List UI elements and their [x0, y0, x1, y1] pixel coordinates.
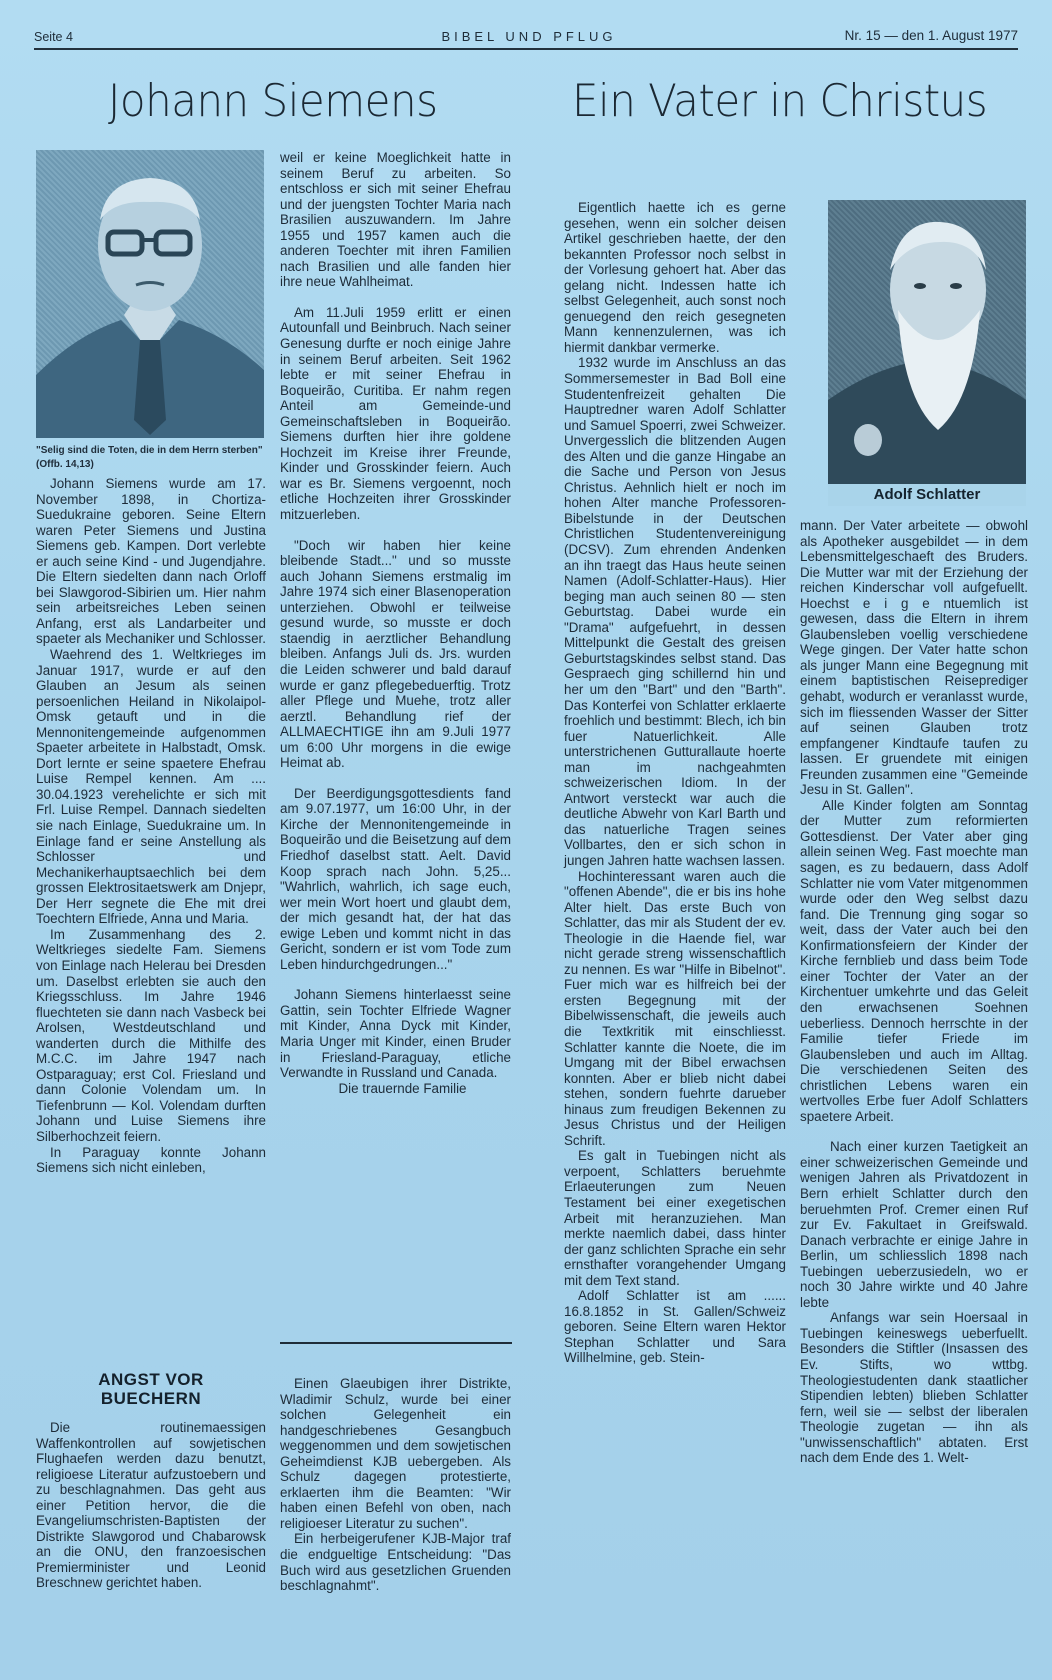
signature: Die trauernde Familie: [280, 1081, 511, 1097]
paragraph: Anfangs war sein Hoersaal in Tuebingen k…: [800, 1310, 1028, 1465]
article-vater-col3: Eigentlich haette ich es gerne gesehen, …: [564, 200, 786, 1366]
paragraph: Johann Siemens hinterlaesst seine Gattin…: [280, 987, 511, 1080]
headline-ein-vater-in-christus: Ein Vater in Christus: [572, 75, 987, 127]
photo-caption-bible-verse: "Selig sind die Toten, die in dem Herrn …: [36, 444, 268, 472]
newspaper-page: Seite 4 BIBEL UND PFLUG Nr. 15 — den 1. …: [0, 0, 1052, 1680]
article-vater-col4: mann. Der Vater arbeitete — obwohl als A…: [800, 518, 1028, 1466]
paragraph: Ein herbeigerufener KJB-Major traf die e…: [280, 1531, 511, 1593]
paragraph: Einen Glaeubigen ihrer Distrikte, Wladim…: [280, 1376, 511, 1531]
paragraph: In Paraguay konnte Johann Siemens sich n…: [36, 1145, 266, 1176]
paragraph: "Doch wir haben hier keine bleibende Sta…: [280, 538, 511, 771]
paragraph: Die routinemaessigen Waffenkontrollen au…: [36, 1420, 266, 1591]
article-johann-siemens-col2: weil er keine Moeglichkeit hatte in sein…: [280, 150, 511, 1096]
paragraph: Hochinteressant waren auch die "offenen …: [564, 869, 786, 1149]
paragraph: Johann Siemens wurde am 17. November 189…: [36, 476, 266, 647]
headline-johann-siemens: Johann Siemens: [108, 75, 437, 127]
section-separator: [280, 1342, 512, 1344]
paragraph: weil er keine Moeglichkeit hatte in sein…: [280, 150, 511, 290]
article-angst-col1: Die routinemaessigen Waffenkontrollen au…: [36, 1420, 266, 1591]
paragraph: Am 11.Juli 1959 erlitt er einen Autounfa…: [280, 305, 511, 523]
paragraph: mann. Der Vater arbeitete — obwohl als A…: [800, 518, 1028, 798]
paragraph: Waehrend des 1. Weltkrieges im Januar 19…: [36, 647, 266, 927]
paragraph: Adolf Schlatter ist am ...... 16.8.1852 …: [564, 1288, 786, 1366]
header-rule: [34, 48, 1018, 50]
article-johann-siemens-col1: Johann Siemens wurde am 17. November 189…: [36, 476, 266, 1176]
paragraph: Eigentlich haette ich es gerne gesehen, …: [564, 200, 786, 355]
paragraph: Alle Kinder folgten am Sonntag der Mutte…: [800, 798, 1028, 1124]
paragraph: Im Zusammenhang des 2. Weltkrieges siede…: [36, 927, 266, 1145]
article-angst-col2: Einen Glaeubigen ihrer Distrikte, Wladim…: [280, 1376, 511, 1594]
paragraph: Nach einer kurzen Taetigkeit an einer sc…: [800, 1139, 1028, 1310]
photo-johann-siemens: [36, 150, 264, 438]
paragraph: Es galt in Tuebingen nicht als verpoent,…: [564, 1148, 786, 1288]
headline-angst-vor-buechern: ANGST VOR BUECHERN: [36, 1370, 266, 1408]
portrait-bearded-man-icon: [828, 200, 1026, 484]
issue-date: Nr. 15 — den 1. August 1977: [845, 28, 1018, 43]
portrait-man-glasses-icon: [36, 150, 264, 438]
page-header: Seite 4 BIBEL UND PFLUG Nr. 15 — den 1. …: [34, 28, 1024, 48]
photo-adolf-schlatter: [828, 200, 1026, 484]
paragraph: 1932 wurde im Anschluss an das Sommersem…: [564, 355, 786, 868]
photo-caption-adolf-schlatter: Adolf Schlatter: [828, 484, 1026, 506]
paragraph: Der Beerdigungsgottesdients fand am 9.07…: [280, 786, 511, 973]
